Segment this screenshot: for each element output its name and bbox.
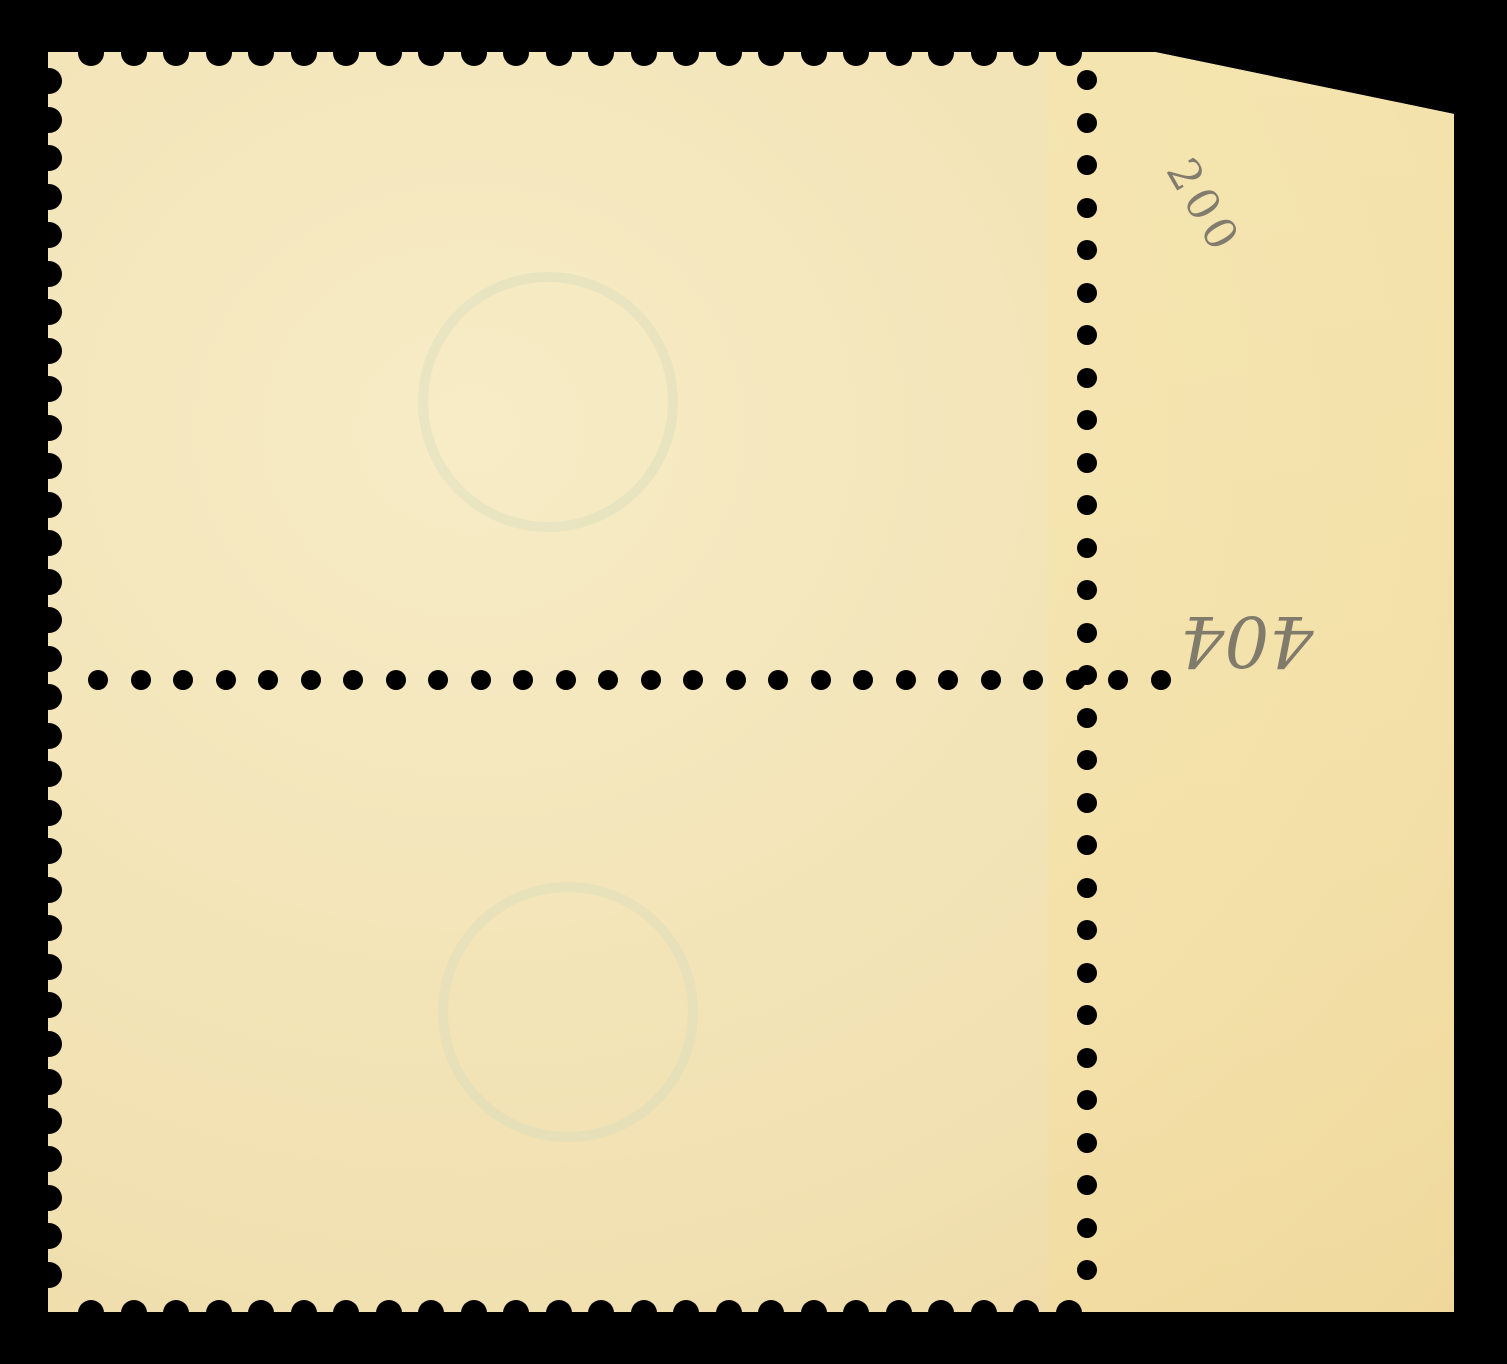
pencil-note-middle: 404: [1180, 600, 1314, 682]
horizontal-perforation: [80, 666, 1160, 694]
show-through-design-top: [418, 272, 678, 532]
show-through-design-bottom: [438, 882, 698, 1142]
